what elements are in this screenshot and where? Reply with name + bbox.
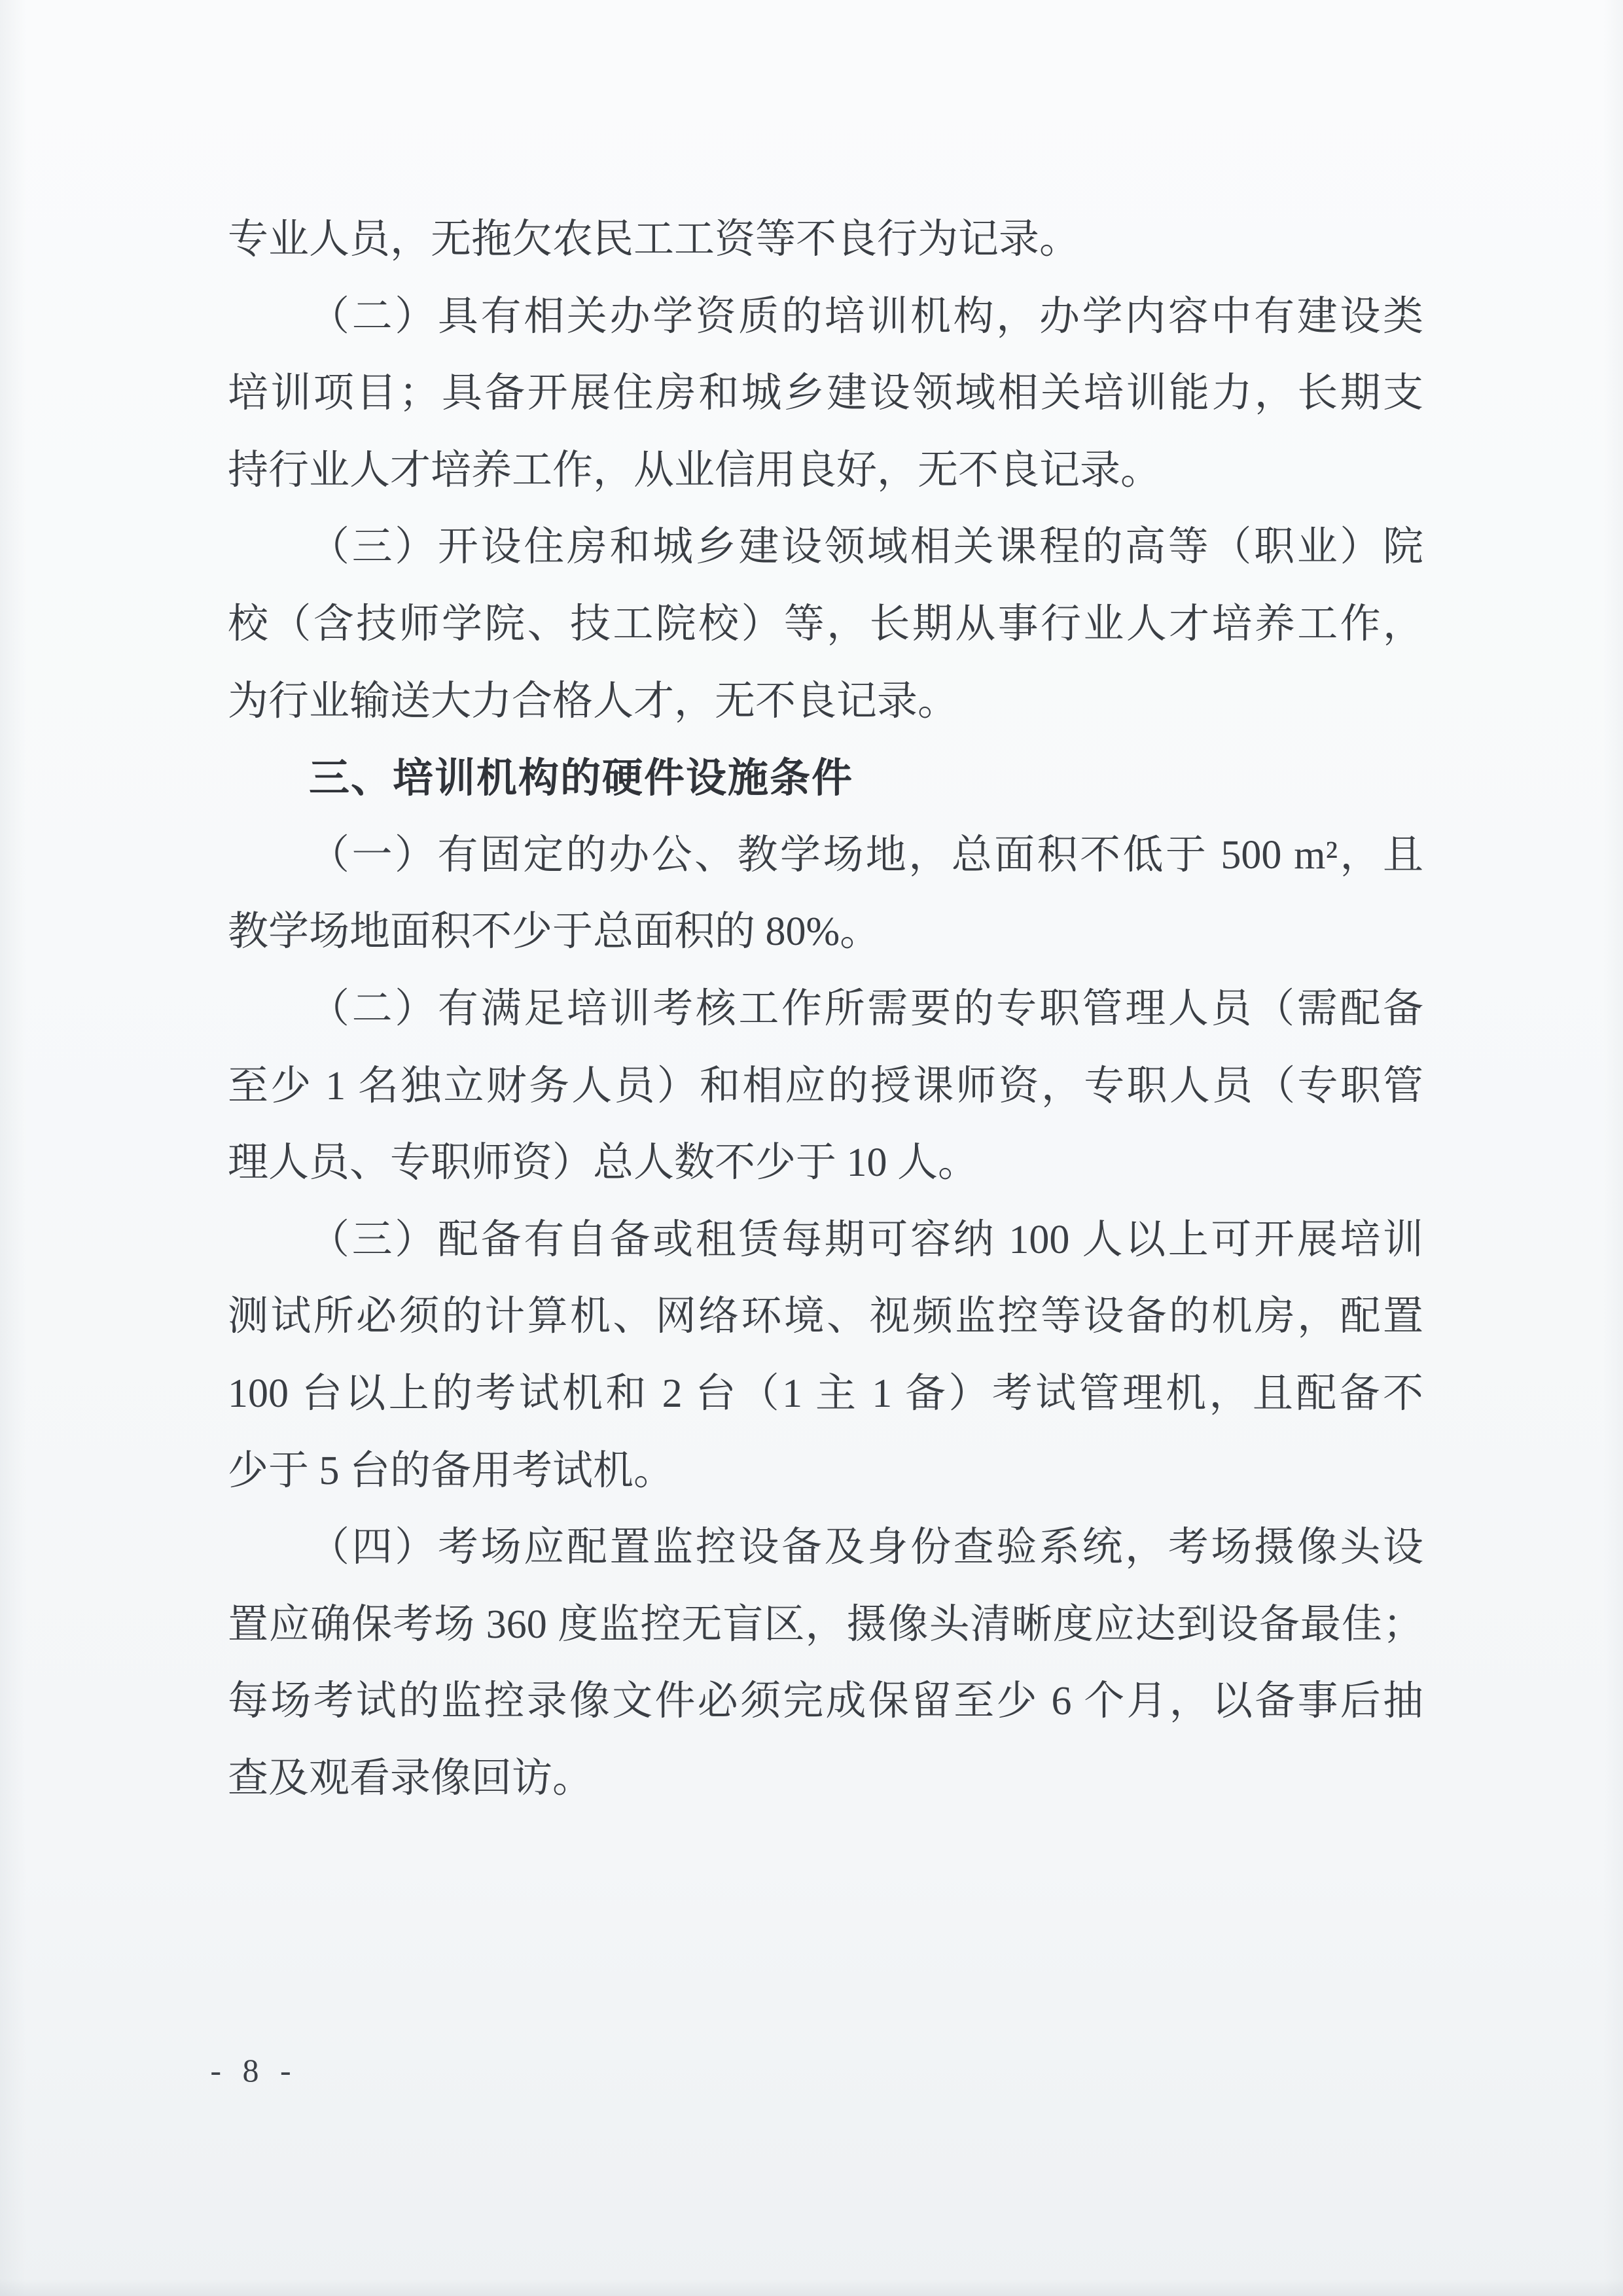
- section-heading: 三、培训机构的硬件设施条件: [228, 740, 1423, 817]
- text-line: （四）考场应配置监控设备及身份查验系统，考场摄像头设: [228, 1510, 1423, 1587]
- text-line: （三）配备有自备或租赁每期可容纳 100 人以上可开展培训: [228, 1202, 1423, 1279]
- document-page: 专业人员，无拖欠农民工工资等不良行为记录。 （二）具有相关办学资质的培训机构，办…: [0, 0, 1623, 2296]
- text-line: 置应确保考场 360 度监控无盲区，摄像头清晰度应达到设备最佳；: [228, 1587, 1423, 1664]
- text-line: 少于 5 台的备用考试机。: [228, 1433, 1423, 1510]
- text-line: 培训项目；具备开展住房和城乡建设领域相关培训能力，长期支: [228, 355, 1423, 433]
- text-line: 专业人员，无拖欠农民工工资等不良行为记录。: [228, 202, 1423, 279]
- text-line: 教学场地面积不少于总面积的 80%。: [228, 894, 1423, 971]
- text-line: 校（含技师学院、技工院校）等，长期从事行业人才培养工作，: [228, 586, 1423, 663]
- text-line: 理人员、专职师资）总人数不少于 10 人。: [228, 1125, 1423, 1202]
- document-body: 专业人员，无拖欠农民工工资等不良行为记录。 （二）具有相关办学资质的培训机构，办…: [228, 202, 1423, 1817]
- text-line: 为行业输送大力合格人才，无不良记录。: [228, 663, 1423, 741]
- text-line: 持行业人才培养工作，从业信用良好，无不良记录。: [228, 433, 1423, 510]
- text-line: （二）具有相关办学资质的培训机构，办学内容中有建设类: [228, 279, 1423, 356]
- page-number: - 8 -: [195, 2051, 313, 2090]
- text-line: 测试所必须的计算机、网络环境、视频监控等设备的机房，配置: [228, 1279, 1423, 1356]
- text-line: 每场考试的监控录像文件必须完成保留至少 6 个月，以备事后抽: [228, 1663, 1423, 1740]
- text-line: 至少 1 名独立财务人员）和相应的授课师资，专职人员（专职管: [228, 1048, 1423, 1125]
- text-line: （一）有固定的办公、教学场地，总面积不低于 500 m²，且: [228, 817, 1423, 894]
- text-line: （三）开设住房和城乡建设领域相关课程的高等（职业）院: [228, 509, 1423, 586]
- text-line: 查及观看录像回访。: [228, 1740, 1423, 1818]
- text-line: 100 台以上的考试机和 2 台（1 主 1 备）考试管理机，且配备不: [228, 1356, 1423, 1433]
- text-line: （二）有满足培训考核工作所需要的专职管理人员（需配备: [228, 971, 1423, 1048]
